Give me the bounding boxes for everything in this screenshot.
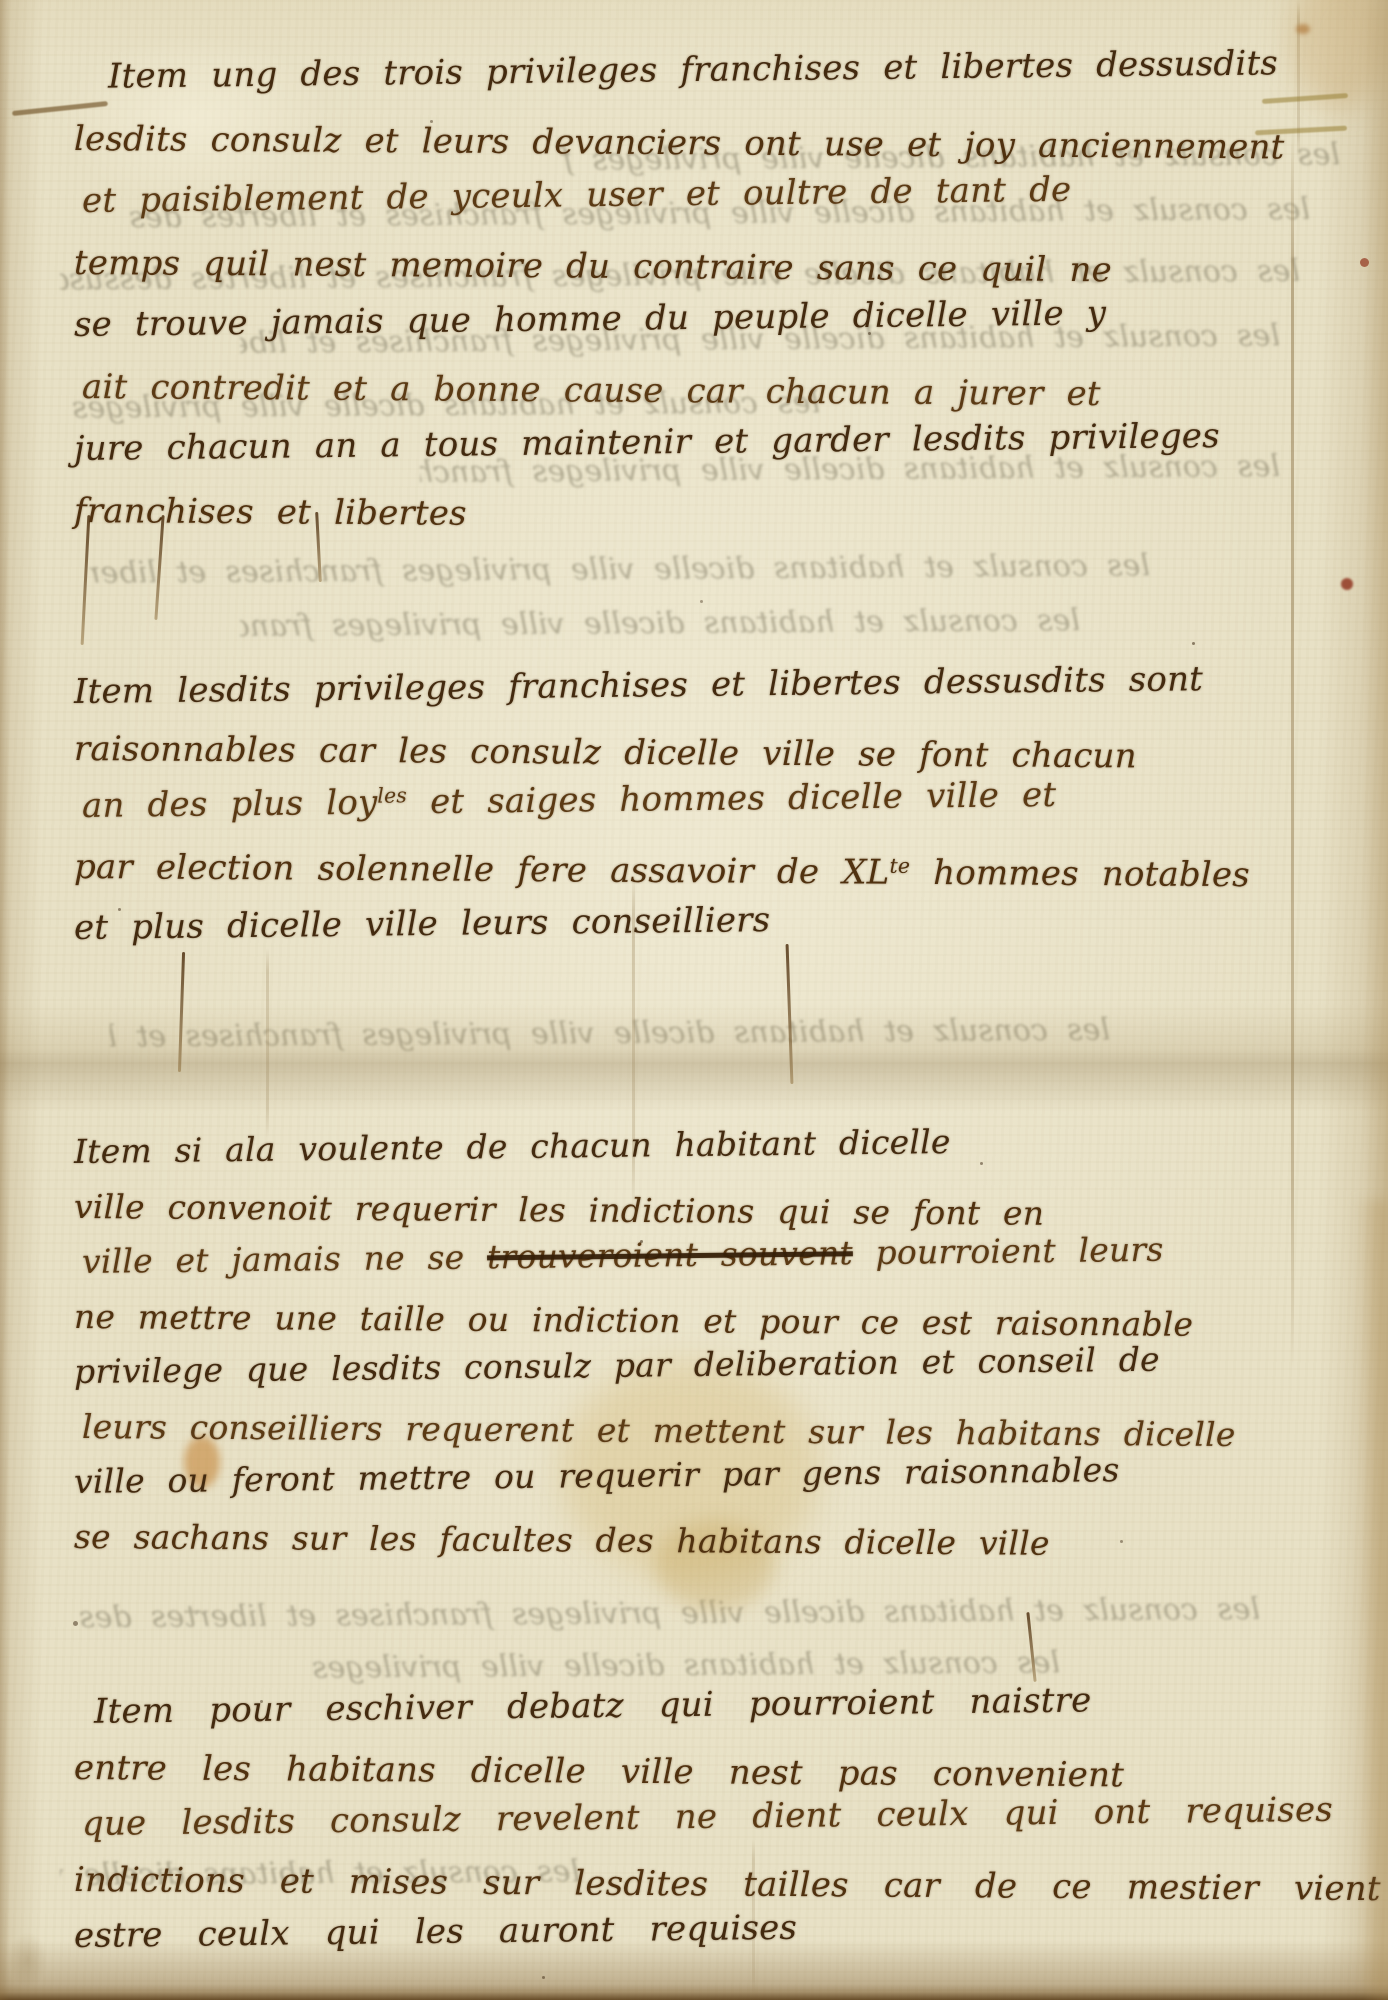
manuscript-line: et paisiblement de yceulx user et oultre… xyxy=(82,155,1365,232)
text-block-item-4: Item pour eschiver debatz qui pourroient… xyxy=(74,1684,1364,1964)
text-block-item-3: Item si ala voulente de chacun habitant … xyxy=(74,1124,1364,1564)
text-block-item-1: Item ung des trois privileges franchises… xyxy=(74,46,1364,542)
manuscript-page: les consulz et habitans dicelle ville pr… xyxy=(0,0,1388,2000)
text-block-item-2: Item lesdits privileges franchises et li… xyxy=(74,664,1364,957)
bottom-page-edge xyxy=(0,1984,1388,2000)
manuscript-line: Item pour eschiver debatz qui pourroient… xyxy=(74,1669,1365,1740)
vertical-crease xyxy=(266,948,269,1138)
struck-out-words: trouveroient souvent xyxy=(487,1233,853,1276)
manuscript-line: franchises et libertes xyxy=(74,480,1364,551)
superscript-insertion: les xyxy=(377,783,407,807)
bleedthrough-text: les consulz et habitans dicelle ville pr… xyxy=(90,548,1150,597)
manuscript-line: jure chacun an a tous maintenir et garde… xyxy=(74,403,1365,480)
manuscript-line: Item lesdits privileges franchises et li… xyxy=(74,649,1365,721)
left-page-edge xyxy=(0,0,10,2000)
manuscript-line: se sachans sur les facultes des habitans… xyxy=(74,1509,1364,1573)
horizontal-fold-crease xyxy=(0,1002,1388,1112)
manuscript-line: se trouve jamais que homme du peuple dic… xyxy=(74,279,1365,356)
bleedthrough-text: les consulz et habitans dicelle ville pr… xyxy=(80,1592,1260,1642)
superscript-insertion: te xyxy=(889,853,910,877)
right-page-edge xyxy=(1362,0,1388,2000)
red-ink-spot xyxy=(1341,578,1353,590)
bleedthrough-text: les consulz et habitans dicelle ville pr… xyxy=(240,603,1080,651)
manuscript-line: Item ung des trois privileges franchises… xyxy=(74,31,1365,108)
